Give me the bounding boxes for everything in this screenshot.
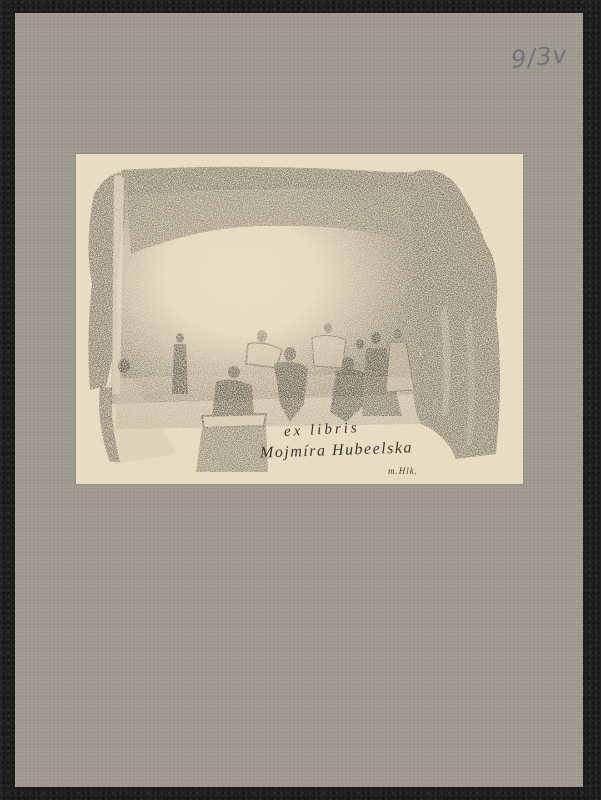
ex-libris-print: ex libris Mojmíra Hubeelska m.Hlk. xyxy=(76,154,523,484)
artist-signature: m.Hlk. xyxy=(388,466,418,476)
archive-number-annotation: 9/3v xyxy=(510,40,569,74)
